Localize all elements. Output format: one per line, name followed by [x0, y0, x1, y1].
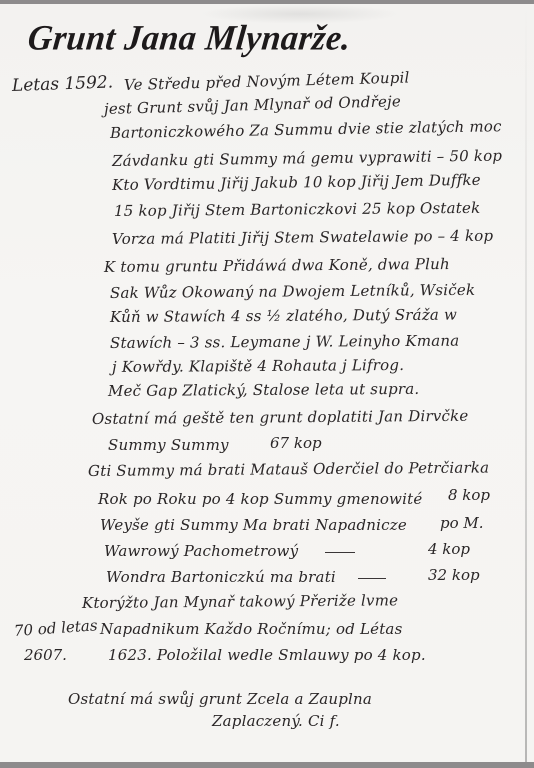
- entry-line: jest Grunt svůj Jan Mlynař od Ondřeje: [104, 92, 401, 118]
- manuscript-page: Grunt Jana Mlynarže. Letas 1592. Ve Stře…: [0, 4, 534, 762]
- entry-line: Bartoniczkowého Za Summu dvie stie zlatý…: [110, 117, 502, 142]
- later-entry-line: Napadnikum Každo Ročnímu; od Létas: [100, 620, 402, 638]
- margin-year: Letas 1592.: [12, 72, 114, 96]
- payment-amount: 4 kop: [428, 540, 470, 558]
- payment-line: Wawrowý Pachometrowý: [104, 542, 298, 560]
- margin-note: 2607.: [24, 646, 67, 664]
- closing-line: Ostatní má swůj grunt Zcela a Zauplna: [68, 690, 372, 708]
- closing-line: Zaplaczený. Ci f.: [212, 712, 340, 730]
- entry-line: Závdanku gti Summy má gemu vyprawiti – 5…: [112, 147, 502, 170]
- payment-line: Summy Summy: [108, 436, 229, 454]
- later-entry-line: Ktorýžto Jan Mynař takowý Přeriže lvme: [82, 591, 398, 612]
- entry-line: 15 kop Jiřij Stem Bartoniczkovi 25 kop O…: [114, 199, 480, 220]
- entry-line: Ve Středu před Novým Létem Koupil: [124, 69, 410, 94]
- paper-fold-line: [525, 4, 527, 762]
- entry-line: Stawích – 3 ss. Leymane j W. Leinyho Kma…: [110, 332, 459, 352]
- payment-line: Ostatní má geště ten grunt doplatiti Jan…: [92, 407, 469, 428]
- dash-separator: [358, 578, 386, 579]
- payment-line: Gti Summy má brati Matauš Oderčiel do Pe…: [88, 458, 489, 480]
- entry-line: Sak Wůz Okowaný na Dwojem Letníků, Wsiče…: [110, 281, 475, 302]
- entry-line: Meč Gap Zlatický, Stalose leta ut supra.: [108, 380, 419, 400]
- entry-line: j Kowřdy. Klapiště 4 Rohauta j Lifrog.: [112, 356, 404, 376]
- payment-amount: 32 kop: [428, 566, 480, 584]
- later-entry-line: 1623. Položilal wedle Smlauwy po 4 kop.: [108, 646, 426, 664]
- payment-line: Rok po Roku po 4 kop Summy gmenowité: [98, 490, 422, 508]
- entry-line: Vorza má Platiti Jiřij Stem Swatelawie p…: [112, 227, 493, 248]
- payment-amount: po M.: [440, 514, 484, 532]
- document-title: Grunt Jana Mlynarže.: [26, 19, 353, 59]
- entry-line: K tomu gruntu Přidáwá dwa Koně, dwa Pluh: [104, 255, 450, 276]
- payment-line: Weyše gti Summy Ma brati Napadnicze: [100, 516, 407, 534]
- entry-line: Kto Vordtimu Jiřij Jakub 10 kop Jiřij Je…: [112, 171, 481, 194]
- payment-amount: 67 kop: [270, 434, 322, 452]
- dash-separator: [325, 552, 355, 553]
- entry-line: Kůň w Stawích 4 ss ½ zlatého, Dutý Sráža…: [110, 306, 457, 326]
- payment-line: Wondra Bartoniczkú ma brati: [106, 568, 336, 586]
- margin-note: 70 od letas: [13, 616, 98, 640]
- payment-amount: 8 kop: [448, 486, 490, 504]
